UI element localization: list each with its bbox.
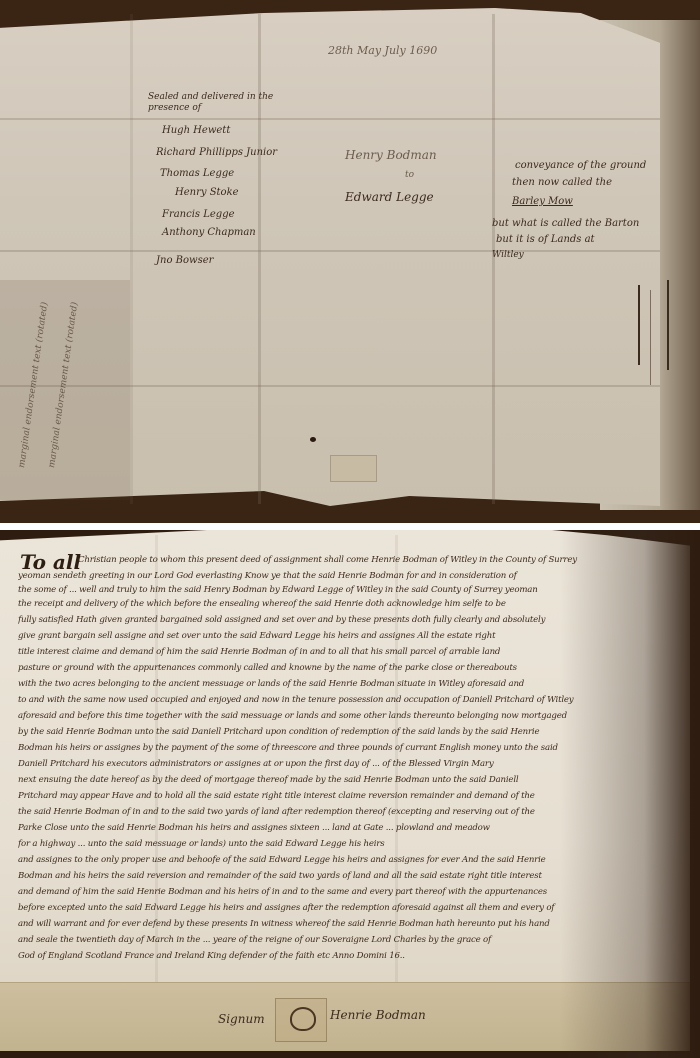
vertical-mark	[650, 290, 651, 385]
signum-mark: Signum	[218, 1012, 265, 1026]
note-line: but what is called the Barton	[492, 218, 639, 229]
fold-line	[0, 250, 660, 252]
witness-name: Hugh Hewett	[162, 125, 230, 136]
vertical-mark	[638, 285, 640, 365]
witness-name: Anthony Chapman	[162, 227, 256, 238]
seal-mark	[290, 1007, 316, 1031]
fold-line	[258, 14, 261, 504]
note-line: Wiltley	[492, 250, 524, 260]
witness-signature: Jno Bowser	[156, 255, 213, 266]
photo-deed-reverse: 28th May July 1690 Sealed and delivered …	[0, 0, 700, 523]
paper-patch	[330, 455, 377, 482]
fold-line	[0, 118, 660, 120]
party-conjunction: to	[405, 170, 414, 180]
witness-name: Thomas Legge	[160, 168, 234, 179]
party-first: Henry Bodman	[345, 148, 437, 162]
shadow-edge	[560, 530, 700, 1058]
witness-name: Francis Legge	[162, 209, 235, 220]
seal-signature: Henrie Bodman	[330, 1008, 426, 1022]
note-line: but it is of Lands at	[496, 234, 595, 245]
witness-name: Richard Phillipps Junior	[156, 147, 277, 158]
note-line: conveyance of the ground	[515, 160, 646, 171]
witness-name: Henry Stoke	[175, 187, 239, 198]
note-line: then now called the	[512, 177, 612, 188]
party-second: Edward Legge	[345, 190, 434, 204]
vertical-mark	[667, 280, 669, 370]
witness-heading: Sealed and delivered in the presence of	[148, 92, 288, 114]
hole	[310, 437, 316, 442]
date-endorsement: 28th May July 1690	[328, 44, 437, 57]
note-line: Barley Mow	[512, 196, 573, 207]
photo-deed-face: To all Christian people to whom this pre…	[0, 530, 700, 1058]
fold-line	[130, 14, 133, 504]
